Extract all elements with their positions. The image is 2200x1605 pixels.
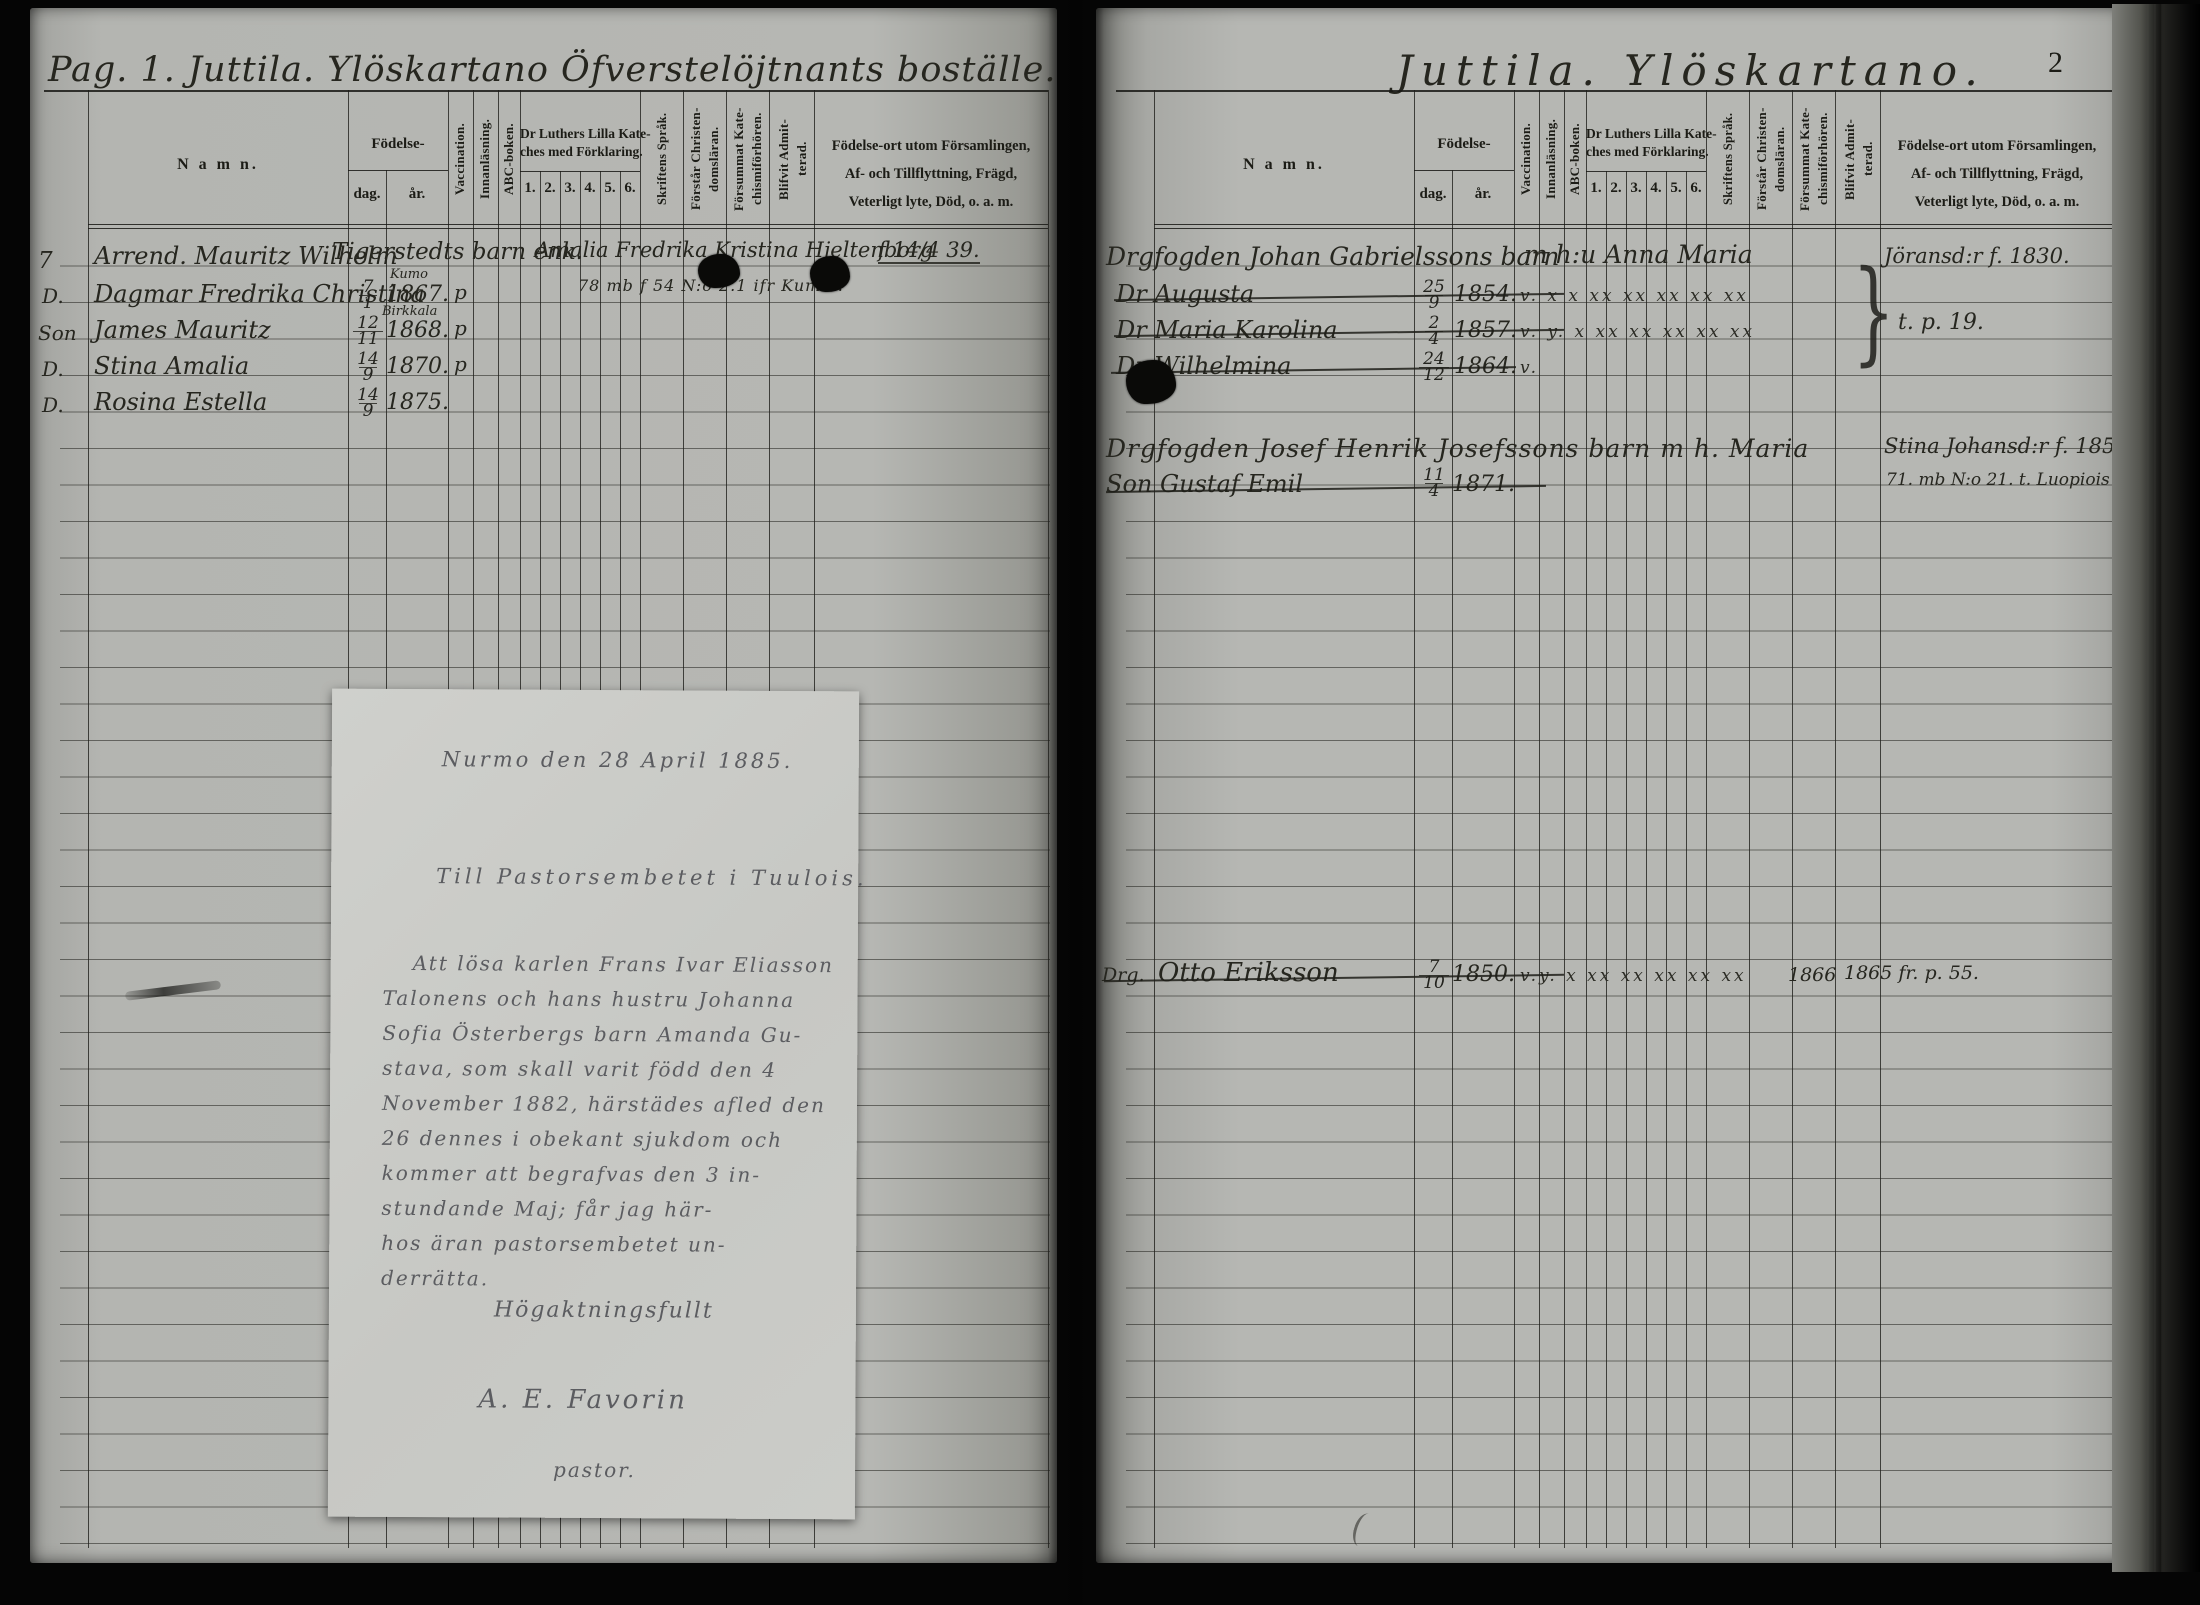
col-kateches-2: ches med Förklaring.: [520, 144, 640, 160]
letter-salutation: Till Pastorsembetet i Tuulois.: [436, 864, 868, 890]
col-skriftens: Skriftens Språk.: [1721, 96, 1736, 222]
person-name: Otto Eriksson: [1158, 958, 1339, 988]
letter-dateline: Nurmo den 28 April 1885.: [442, 747, 794, 773]
child-name: Rosina Estella: [94, 388, 267, 416]
col-k2: 2.: [1606, 180, 1626, 197]
left-page-title-script: Pag. 1. Juttila. Ylöskartano Öfverstelöj…: [48, 50, 1057, 90]
child-name: Son Gustaf Emil: [1106, 470, 1303, 498]
birth-day-month: 1211: [352, 316, 384, 347]
birthplace-note: Birkkala: [382, 304, 437, 319]
col-abc-boken: ABC-boken.: [1567, 96, 1583, 222]
family-note-2: 71. mb N:o 21. t. Luopiois: [1886, 470, 2110, 490]
col-skriftens: Skriftens Språk.: [655, 96, 670, 222]
letter-body-line: kommer att begrafvas den 3 in-: [382, 1161, 837, 1198]
brace-note: t. p. 19.: [1898, 310, 1984, 335]
row-marker: D.: [42, 357, 64, 381]
col-k3: 3.: [1626, 180, 1646, 197]
row-marker: 7: [38, 248, 53, 274]
child-name: Dr Augusta: [1116, 280, 1254, 308]
letter-body-line: 26 dennes i obekant sjukdom och: [382, 1126, 837, 1163]
birthplace-note: Kumo: [390, 267, 428, 282]
col-forsummat-1: Försummat Kate-: [731, 96, 747, 222]
col-ar: år.: [386, 186, 448, 203]
scanned-parish-register-spread: Pag. 1. Juttila. Ylöskartano Öfverstelöj…: [0, 0, 2200, 1605]
right-page-title-script: Juttila. Ylöskartano.: [1396, 46, 1986, 95]
col-ar: år.: [1452, 186, 1514, 203]
col-fodelse: Födelse-: [348, 136, 448, 153]
family-note: Jöransd:r f. 1830.: [1884, 244, 2070, 268]
col-blifvit-1: Blifvit Admit-: [1842, 96, 1858, 222]
birth-month: 4: [1425, 331, 1444, 347]
letter-body-line: stundande Maj; får jag här-: [381, 1196, 836, 1233]
col-forsummat-2: chismiförhören.: [1815, 96, 1831, 222]
birth-month: 1: [359, 295, 378, 311]
birth-day-month: 149: [352, 388, 384, 419]
ink-blot: [698, 254, 740, 288]
letter-body-line: November 1882, härstädes afled den: [382, 1091, 837, 1128]
inserted-letter: Nurmo den 28 April 1885. Till Pastorsemb…: [328, 689, 859, 1520]
col-notes-2: Af- och Tillflyttning, Frägd,: [1880, 166, 2114, 183]
header-bottom-rule: [1154, 228, 2114, 229]
birth-month: 11: [353, 331, 383, 347]
family-head-name: Drgfogden Johan Gabrielssons barn: [1106, 242, 1559, 271]
table-top-rule: [44, 90, 1048, 92]
birth-year: 1875.: [386, 390, 449, 415]
letter-closing: Högaktningsfullt: [494, 1297, 714, 1323]
right-page: Juttila. Ylöskartano. 2 N a m n. Födelse…: [1096, 8, 2123, 1563]
kateches-underline: [1586, 171, 1706, 172]
col-notes-1: Födelse-ort utom Församlingen,: [814, 138, 1048, 155]
col-k6: 6.: [620, 180, 640, 197]
family-mother-name: m h:u Anna Maria: [1524, 240, 1753, 269]
col-k5: 5.: [1666, 180, 1686, 197]
grouping-brace: }: [1852, 260, 1895, 364]
col-notes-1: Födelse-ort utom Församlingen,: [1880, 138, 2114, 155]
birth-month: 9: [359, 403, 378, 419]
exam-marks: v. x x xx xx xx xx xx: [1520, 286, 1749, 306]
col-innanlasning: Innanläsning.: [1543, 96, 1559, 222]
admitted-year: 1866: [1788, 964, 1836, 986]
col-namn: N a m n.: [88, 156, 348, 174]
ink-blot: [1126, 360, 1176, 404]
book-gutter-shadow: [1048, 0, 1104, 1605]
page-number: 2: [2048, 46, 2063, 80]
birth-day-month: 149: [352, 352, 384, 383]
family-head-name: Drgfogden Josef Henrik Josefssons barn m…: [1106, 434, 1809, 463]
page-edge-stack: [2112, 4, 2200, 1572]
col-vaccination: Vaccination.: [452, 96, 468, 222]
ruled-rows: [1126, 230, 2116, 1548]
col-k4: 4.: [1646, 180, 1666, 197]
row-marker: D.: [42, 393, 64, 417]
col-blifvit-2: terad.: [1860, 96, 1876, 222]
fodelse-underline: [348, 170, 448, 171]
col-forstar-1: Förstår Christen-: [1754, 96, 1770, 222]
family-note: Stina Johansd:r f. 1852.: [1884, 434, 2135, 458]
col-k6: 6.: [1686, 180, 1706, 197]
exam-marks: v. y. x xx xx xx xx xx: [1520, 322, 1755, 342]
col-dag: dag.: [348, 186, 386, 203]
child-name: James Mauritz: [94, 316, 271, 344]
col-forstar-1: Förstår Christen-: [688, 96, 704, 222]
row-marker: Drg.: [1102, 964, 1145, 986]
col-kateches-1: Dr Luthers Lilla Kate-: [1586, 126, 1706, 142]
col-forstar-2: domsläran.: [1772, 96, 1788, 222]
header-bottom-rule: [88, 224, 1048, 225]
letter-body-line: hos äran pastorsembetet un-: [381, 1231, 836, 1268]
col-notes-3: Veterligt lyte, Död, o. a. m.: [1880, 194, 2114, 211]
birth-month: 9: [359, 367, 378, 383]
child-name: Dr Maria Karolina: [1116, 316, 1338, 344]
col-k4: 4.: [580, 180, 600, 197]
letter-signer-title: pastor.: [553, 1458, 636, 1482]
family-birth-note: f 14/4 39.: [878, 238, 980, 264]
col-dag: dag.: [1414, 186, 1452, 203]
col-forsummat-1: Försummat Kate-: [1797, 96, 1813, 222]
birth-day-month: 114: [1418, 468, 1450, 499]
col-kateches-2: ches med Förklaring.: [1586, 144, 1706, 160]
ink-blot: [810, 256, 850, 292]
col-k2: 2.: [540, 180, 560, 197]
letter-body-line: Sofia Österbergs barn Amanda Gu-: [382, 1021, 837, 1058]
fodelse-underline: [1414, 170, 1514, 171]
header-bottom-rule: [1154, 224, 2114, 225]
exam-marks: v.: [1520, 358, 1539, 378]
birth-year: 1868.: [386, 318, 449, 343]
row-marker: Son: [38, 321, 77, 345]
birth-day-month: 71: [352, 280, 384, 311]
col-forstar-2: domsläran.: [706, 96, 722, 222]
col-namn: N a m n.: [1154, 156, 1414, 174]
col-abc-boken: ABC-boken.: [501, 96, 517, 222]
letter-body-line: Talonens och hans hustru Johanna: [382, 986, 837, 1023]
col-notes-3: Veterligt lyte, Död, o. a. m.: [814, 194, 1048, 211]
vaccination-mark: p: [454, 316, 467, 340]
letter-signature: A. E. Favorin: [478, 1384, 688, 1415]
row-marker: D.: [42, 284, 64, 308]
col-kateches-1: Dr Luthers Lilla Kate-: [520, 126, 640, 142]
birth-year: 1870.: [386, 354, 449, 379]
col-vaccination: Vaccination.: [1518, 96, 1534, 222]
col-k1: 1.: [1586, 180, 1606, 197]
kateches-underline: [520, 171, 640, 172]
col-k5: 5.: [600, 180, 620, 197]
letter-body: Att lösa karlen Frans Ivar Eliasson Talo…: [381, 951, 838, 1303]
col-k1: 1.: [520, 180, 540, 197]
row-note: 1865 fr. p. 55.: [1844, 962, 1979, 984]
letter-body-line: stava, som skall varit född den 4: [382, 1056, 837, 1093]
vaccination-mark: p: [454, 352, 467, 376]
col-k3: 3.: [560, 180, 580, 197]
col-blifvit-2: terad.: [794, 96, 810, 222]
col-blifvit-1: Blifvit Admit-: [776, 96, 792, 222]
letter-body-line: Att lösa karlen Frans Ivar Eliasson: [383, 951, 838, 988]
header-bottom-rule: [88, 228, 1048, 229]
col-innanlasning: Innanläsning.: [477, 96, 493, 222]
col-forsummat-2: chismiförhören.: [749, 96, 765, 222]
birth-month: 9: [1425, 295, 1444, 311]
exam-marks: v.y. x xx xx xx xx xx: [1520, 966, 1747, 986]
col-fodelse: Födelse-: [1414, 136, 1514, 153]
col-notes-2: Af- och Tillflyttning, Frägd,: [814, 166, 1048, 183]
child-name: Stina Amalia: [94, 352, 249, 380]
vaccination-mark: p: [454, 280, 467, 304]
table-top-rule: [1116, 90, 2116, 92]
